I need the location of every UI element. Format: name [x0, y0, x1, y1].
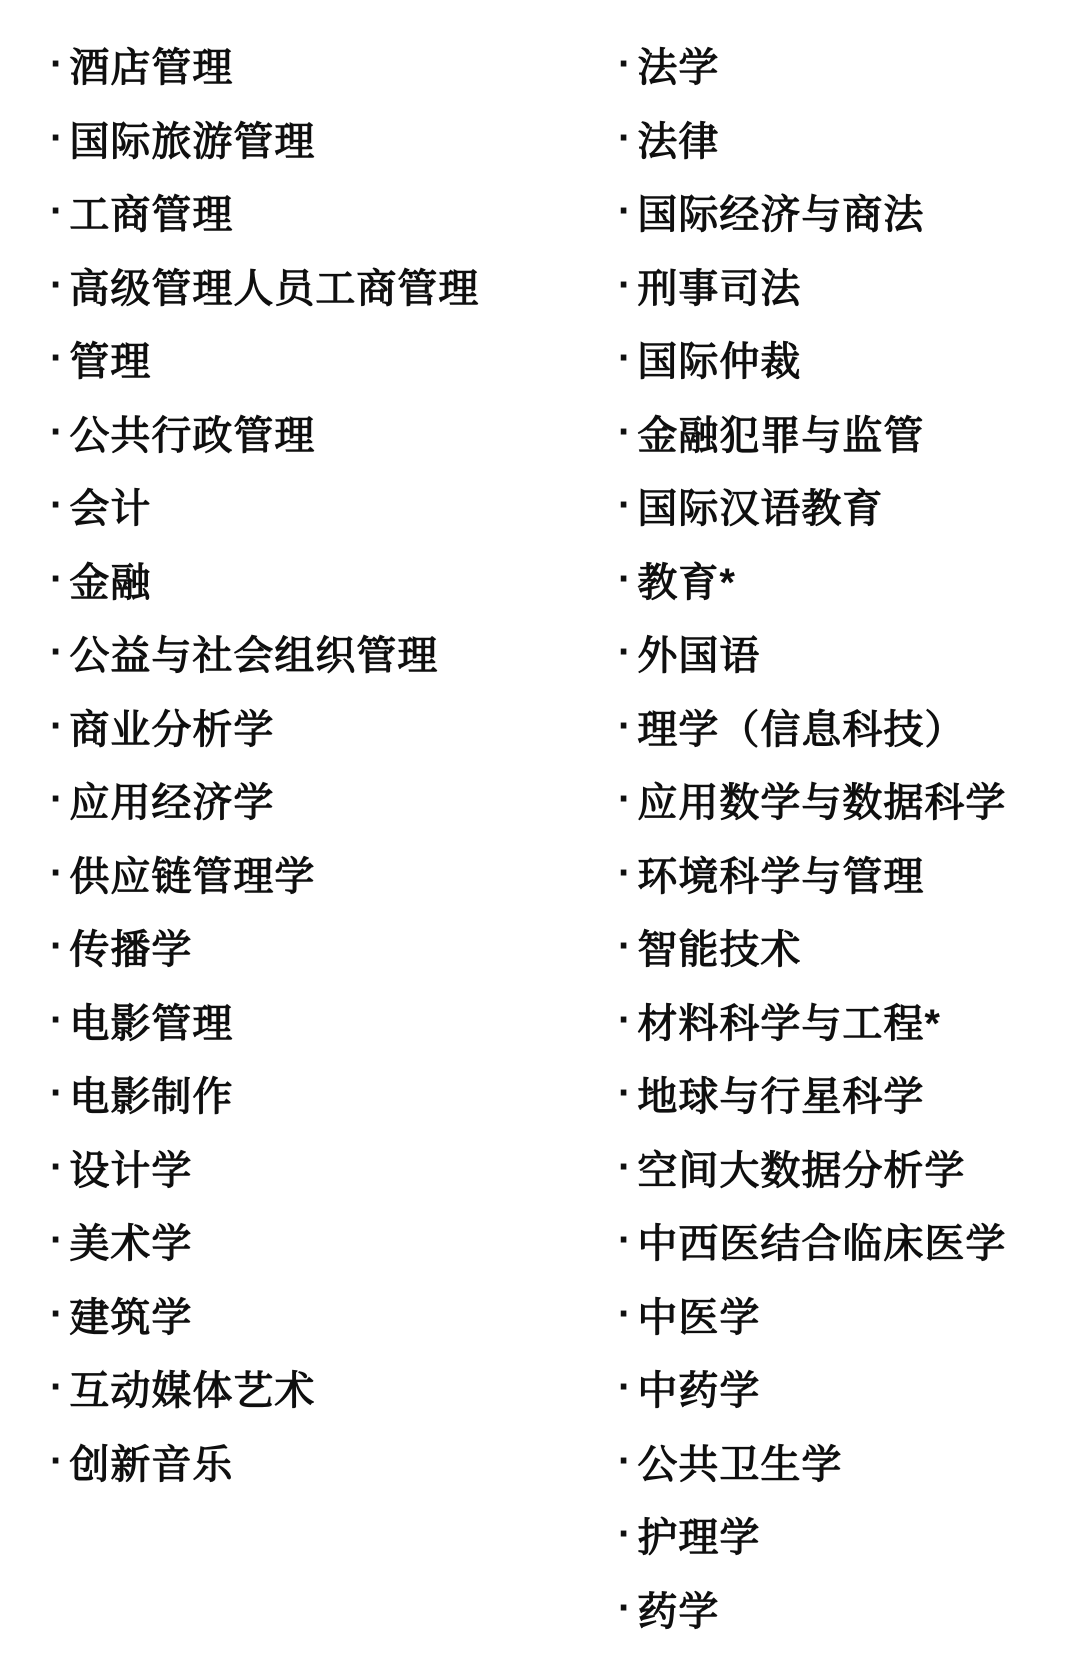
bullet-dot: ·	[50, 1439, 64, 1484]
bullet-dot: ·	[618, 483, 632, 528]
list-item: ·理学（信息科技）	[618, 690, 1006, 764]
list-item-label: 护理学	[637, 1506, 760, 1563]
list-item: ·高级管理人员工商管理	[50, 249, 479, 323]
bullet-dot: ·	[50, 924, 64, 969]
bullet-dot: ·	[50, 189, 64, 234]
list-item: ·设计学	[50, 1131, 479, 1205]
list-item: ·工商管理	[50, 175, 479, 249]
list-item: ·商业分析学	[50, 690, 479, 764]
bullet-dot: ·	[618, 336, 632, 381]
list-item-label: 法学	[637, 36, 719, 93]
bullet-dot: ·	[50, 483, 64, 528]
bullet-dot: ·	[50, 1365, 64, 1410]
list-item: ·外国语	[618, 616, 1006, 690]
bullet-dot: ·	[50, 998, 64, 1043]
list-item-label: 材料科学与工程*	[637, 992, 941, 1049]
list-item: ·空间大数据分析学	[618, 1131, 1006, 1205]
list-item: ·药学	[618, 1572, 1006, 1646]
list-item-label: 空间大数据分析学	[637, 1139, 965, 1196]
bullet-dot: ·	[50, 1292, 64, 1337]
bullet-dot: ·	[50, 1218, 64, 1263]
list-item-label: 传播学	[69, 918, 192, 975]
list-item-label: 国际仲裁	[637, 330, 801, 387]
list-item: ·环境科学与管理	[618, 837, 1006, 911]
bullet-dot: ·	[618, 1292, 632, 1337]
list-item-label: 高级管理人员工商管理	[69, 257, 479, 314]
list-item-label: 会计	[69, 477, 151, 534]
list-item: ·地球与行星科学	[618, 1057, 1006, 1131]
list-item: ·酒店管理	[50, 28, 479, 102]
list-item-label: 国际汉语教育	[637, 477, 883, 534]
list-item-label: 公共卫生学	[637, 1433, 842, 1490]
bullet-dot: ·	[50, 704, 64, 749]
list-item-label: 应用数学与数据科学	[637, 771, 1006, 828]
bullet-dot: ·	[50, 263, 64, 308]
list-item-label: 公共行政管理	[69, 404, 315, 461]
list-item-label: 金融	[69, 551, 151, 608]
bullet-dot: ·	[50, 116, 64, 161]
list-item-label: 中西医结合临床医学	[637, 1212, 1006, 1269]
list-item-label: 智能技术	[637, 918, 801, 975]
list-item-label: 电影管理	[69, 992, 233, 1049]
bullet-dot: ·	[50, 851, 64, 896]
list-item: ·中西医结合临床医学	[618, 1204, 1006, 1278]
list-item: ·中医学	[618, 1278, 1006, 1352]
list-item-label: 中药学	[637, 1359, 760, 1416]
bullet-dot: ·	[618, 998, 632, 1043]
list-item-label: 地球与行星科学	[637, 1065, 924, 1122]
list-item: ·国际汉语教育	[618, 469, 1006, 543]
list-item-label: 互动媒体艺术	[69, 1359, 315, 1416]
list-item: ·电影管理	[50, 984, 479, 1058]
list-item-label: 理学（信息科技）	[637, 698, 965, 755]
list-item-label: 外国语	[637, 624, 760, 681]
list-item-label: 国际旅游管理	[69, 110, 315, 167]
list-item: ·国际旅游管理	[50, 102, 479, 176]
list-item: ·应用数学与数据科学	[618, 763, 1006, 837]
list-item: ·美术学	[50, 1204, 479, 1278]
bullet-dot: ·	[618, 704, 632, 749]
list-item-label: 药学	[637, 1580, 719, 1637]
list-item-label: 教育*	[637, 551, 736, 608]
list-item: ·会计	[50, 469, 479, 543]
list-item-label: 设计学	[69, 1139, 192, 1196]
list-item: ·护理学	[618, 1498, 1006, 1572]
bullet-dot: ·	[618, 42, 632, 87]
list-item: ·公共行政管理	[50, 396, 479, 470]
list-item: ·中药学	[618, 1351, 1006, 1425]
bullet-dot: ·	[50, 1071, 64, 1116]
bullet-dot: ·	[618, 1586, 632, 1631]
list-item: ·国际经济与商法	[618, 175, 1006, 249]
bullet-dot: ·	[618, 263, 632, 308]
list-item-label: 工商管理	[69, 183, 233, 240]
bullet-dot: ·	[50, 777, 64, 822]
list-item-label: 金融犯罪与监管	[637, 404, 924, 461]
list-item-label: 刑事司法	[637, 257, 801, 314]
bullet-dot: ·	[618, 1439, 632, 1484]
bullet-dot: ·	[50, 336, 64, 381]
list-item: ·教育*	[618, 543, 1006, 617]
bullet-dot: ·	[50, 557, 64, 602]
list-item-label: 国际经济与商法	[637, 183, 924, 240]
list-item: ·刑事司法	[618, 249, 1006, 323]
list-item-label: 美术学	[69, 1212, 192, 1269]
list-item-label: 应用经济学	[69, 771, 274, 828]
list-item: ·公共卫生学	[618, 1425, 1006, 1499]
bullet-dot: ·	[618, 924, 632, 969]
list-item-label: 建筑学	[69, 1286, 192, 1343]
bullet-dot: ·	[618, 630, 632, 675]
bullet-dot: ·	[618, 1145, 632, 1190]
left-column: ·酒店管理·国际旅游管理·工商管理·高级管理人员工商管理·管理·公共行政管理·会…	[50, 28, 479, 1498]
list-item-label: 公益与社会组织管理	[69, 624, 438, 681]
bullet-dot: ·	[618, 777, 632, 822]
bullet-dot: ·	[50, 1145, 64, 1190]
program-list-page: ·酒店管理·国际旅游管理·工商管理·高级管理人员工商管理·管理·公共行政管理·会…	[0, 0, 1080, 1674]
bullet-dot: ·	[618, 410, 632, 455]
list-item-label: 供应链管理学	[69, 845, 315, 902]
bullet-dot: ·	[618, 1365, 632, 1410]
bullet-dot: ·	[618, 557, 632, 602]
list-item: ·创新音乐	[50, 1425, 479, 1499]
bullet-dot: ·	[50, 630, 64, 675]
list-item: ·国际仲裁	[618, 322, 1006, 396]
bullet-dot: ·	[618, 851, 632, 896]
list-item: ·材料科学与工程*	[618, 984, 1006, 1058]
list-item: ·法律	[618, 102, 1006, 176]
list-item: ·应用经济学	[50, 763, 479, 837]
list-item: ·传播学	[50, 910, 479, 984]
list-item-label: 管理	[69, 330, 151, 387]
list-item-label: 法律	[637, 110, 719, 167]
list-item-label: 酒店管理	[69, 36, 233, 93]
list-item-label: 创新音乐	[69, 1433, 233, 1490]
list-item: ·互动媒体艺术	[50, 1351, 479, 1425]
bullet-dot: ·	[618, 1218, 632, 1263]
list-item: ·电影制作	[50, 1057, 479, 1131]
list-item: ·管理	[50, 322, 479, 396]
list-item: ·金融犯罪与监管	[618, 396, 1006, 470]
bullet-dot: ·	[618, 1071, 632, 1116]
list-item-label: 中医学	[637, 1286, 760, 1343]
list-item: ·公益与社会组织管理	[50, 616, 479, 690]
bullet-dot: ·	[50, 42, 64, 87]
list-item: ·建筑学	[50, 1278, 479, 1352]
bullet-dot: ·	[618, 116, 632, 161]
list-item-label: 环境科学与管理	[637, 845, 924, 902]
bullet-dot: ·	[618, 1512, 632, 1557]
bullet-dot: ·	[50, 410, 64, 455]
list-item: ·供应链管理学	[50, 837, 479, 911]
list-item-label: 商业分析学	[69, 698, 274, 755]
bullet-dot: ·	[618, 189, 632, 234]
right-column: ·法学·法律·国际经济与商法·刑事司法·国际仲裁·金融犯罪与监管·国际汉语教育·…	[618, 28, 1006, 1645]
list-item-label: 电影制作	[69, 1065, 233, 1122]
list-item: ·法学	[618, 28, 1006, 102]
list-item: ·金融	[50, 543, 479, 617]
list-item: ·智能技术	[618, 910, 1006, 984]
